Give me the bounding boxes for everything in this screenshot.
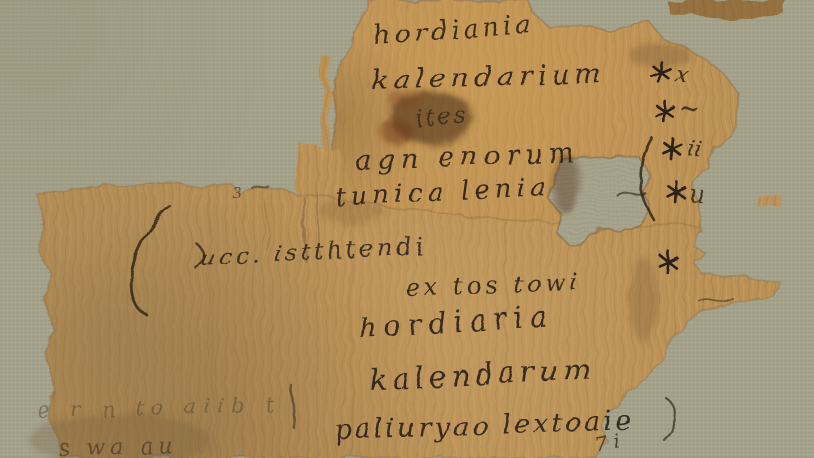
text-line-faint-2: s wa au: [58, 434, 178, 458]
denarius-value-4: u: [688, 179, 706, 208]
papyrus-manuscript-image: hordiania kalendarium ites agn enorum tu…: [0, 0, 814, 458]
denarius-value-2: ~: [677, 93, 701, 124]
ink-nub-stroke: [252, 186, 268, 188]
denarius-value-3: ii: [687, 137, 704, 163]
mark-left-dot: 3: [232, 184, 242, 202]
mark-bottom-right: 7 i: [593, 429, 622, 457]
text-line-top-3: ites: [415, 103, 470, 132]
papyrus-bit-right: [755, 193, 782, 207]
papyrus-photo: hordiania kalendarium ites agn enorum tu…: [0, 0, 814, 458]
